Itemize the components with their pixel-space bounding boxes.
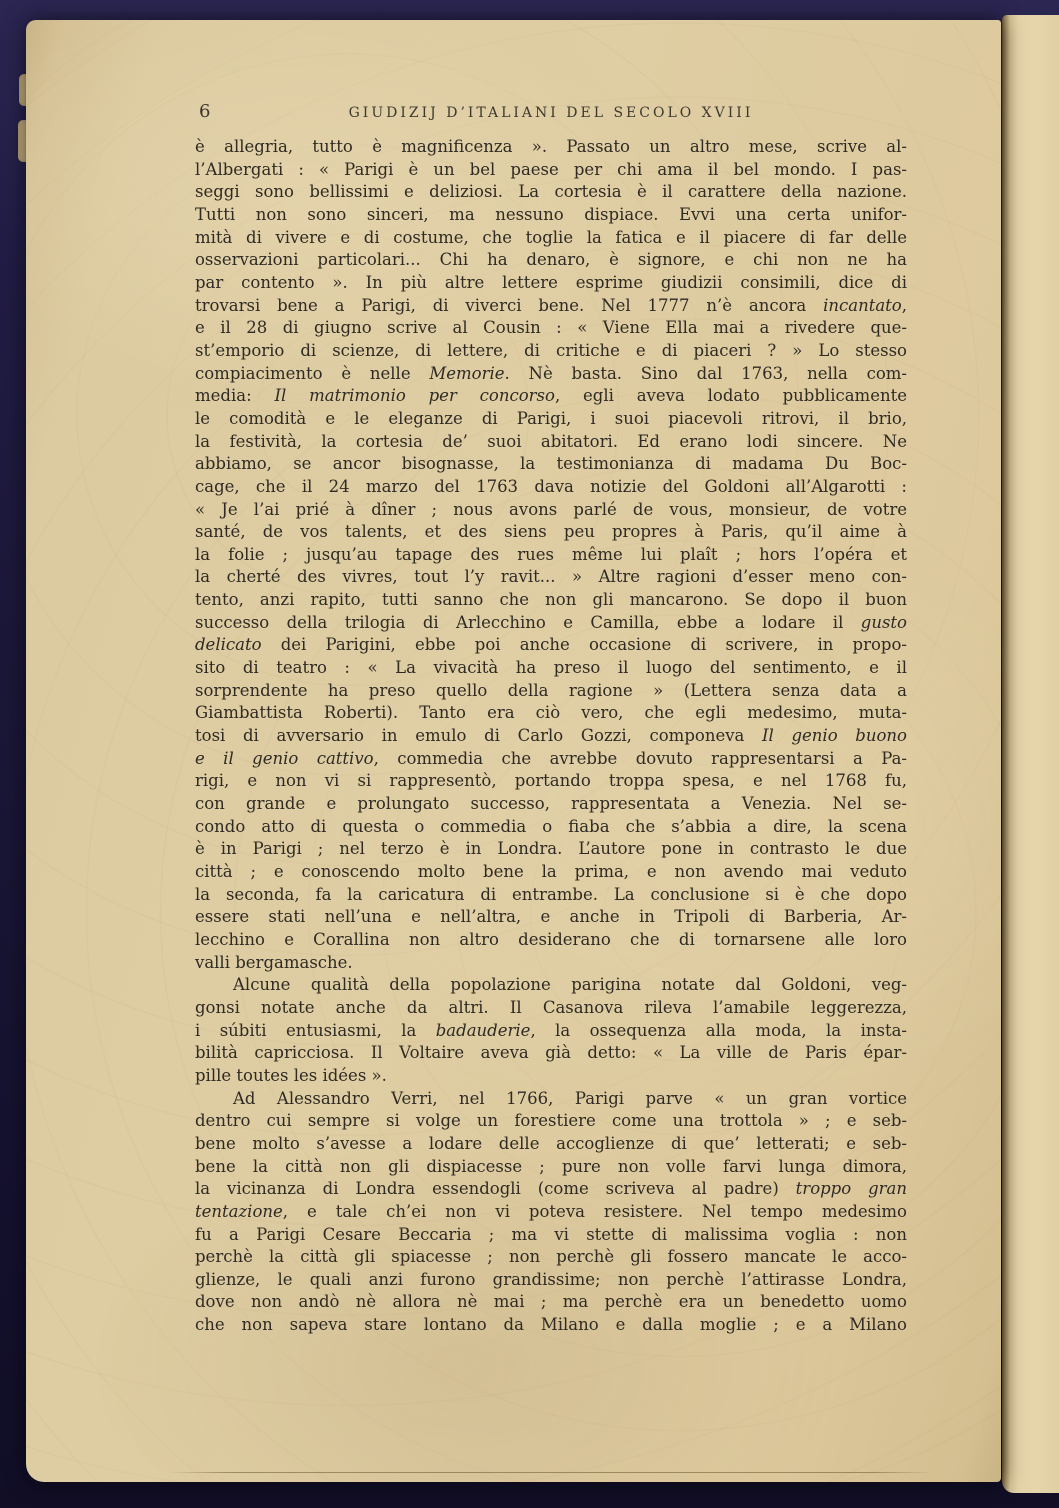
italic-text: e il genio cattivo bbox=[195, 749, 374, 768]
text-block: è allegria, tutto è magnificenza ». Pass… bbox=[195, 136, 907, 1337]
text-line: la seconda, fa la caricatura di entrambe… bbox=[195, 884, 907, 907]
text-line: glienze, le quali anzi furono grandissim… bbox=[195, 1269, 907, 1292]
text-line: i súbiti entusiasmi, la badauderie, la o… bbox=[195, 1020, 907, 1043]
paragraph: è allegria, tutto è magnificenza ». Pass… bbox=[195, 136, 907, 974]
text-line: è allegria, tutto è magnificenza ». Pass… bbox=[195, 136, 907, 159]
text-line: dentro cui sempre si volge un forestiere… bbox=[195, 1110, 907, 1133]
text-line: osservazioni particolari... Chi ha denar… bbox=[195, 249, 907, 272]
text-line: Alcune qualità della popolazione parigin… bbox=[195, 974, 907, 997]
italic-text: Memorie bbox=[429, 364, 504, 383]
text-line: lecchino e Corallina non altro desideran… bbox=[195, 929, 907, 952]
text-line: la cherté des vivres, tout l’y ravit... … bbox=[195, 566, 907, 589]
text-line: trovarsi bene a Parigi, di viverci bene.… bbox=[195, 295, 907, 318]
text-line: par contento ». In più altre lettere esp… bbox=[195, 272, 907, 295]
text-line: bene molto s’avesse a lodare delle accog… bbox=[195, 1133, 907, 1156]
text-line: e il 28 di giugno scrive al Cousin : « V… bbox=[195, 317, 907, 340]
text-line: delicato dei Parigini, ebbe poi anche oc… bbox=[195, 634, 907, 657]
text-line: pille toutes les idées ». bbox=[195, 1065, 907, 1088]
text-line: santé, de vos talents, et des siens peu … bbox=[195, 521, 907, 544]
text-line: la festività, la cortesia de’ suoi abita… bbox=[195, 431, 907, 454]
page-header: 6 GIUDIZIJ D’ITALIANI DEL SECOLO XVIII bbox=[195, 100, 907, 126]
page-number: 6 bbox=[199, 101, 210, 122]
text-line: tento, anzi rapito, tutti sanno che non … bbox=[195, 589, 907, 612]
italic-text: delicato bbox=[195, 635, 262, 654]
text-line: seggi sono bellissimi e deliziosi. La co… bbox=[195, 181, 907, 204]
text-line: successo della trilogia di Arlecchino e … bbox=[195, 612, 907, 635]
page-bottom-edge bbox=[168, 1472, 934, 1473]
text-line: la folie ; jusqu’au tapage des rues même… bbox=[195, 544, 907, 567]
italic-text: badauderie bbox=[436, 1021, 531, 1040]
text-line: è in Parigi ; nel terzo è in Londra. L’a… bbox=[195, 838, 907, 861]
text-line: tosi di avversario in emulo di Carlo Goz… bbox=[195, 725, 907, 748]
text-line: compiacimento è nelle Memorie. Nè basta.… bbox=[195, 363, 907, 386]
text-line: perchè la città gli spiacesse ; non perc… bbox=[195, 1246, 907, 1269]
text-line: le comodità e le eleganze di Parigi, i s… bbox=[195, 408, 907, 431]
text-line: valli bergamasche. bbox=[195, 952, 907, 975]
text-line: Giambattista Roberti). Tanto era ciò ver… bbox=[195, 702, 907, 725]
text-line: Tutti non sono sinceri, ma nessuno dispi… bbox=[195, 204, 907, 227]
text-line: bene la città non gli dispiacesse ; pure… bbox=[195, 1156, 907, 1179]
italic-text: Il genio buono bbox=[762, 726, 907, 745]
text-line: mità di vivere e di costume, che toglie … bbox=[195, 227, 907, 250]
text-line: tentazione, e tale ch’ei non vi poteva r… bbox=[195, 1201, 907, 1224]
text-line: sorprendente ha preso quello della ragio… bbox=[195, 680, 907, 703]
text-line: abbiamo, se ancor bisognasse, la testimo… bbox=[195, 453, 907, 476]
text-line: bilità capricciosa. Il Voltaire aveva gi… bbox=[195, 1042, 907, 1065]
text-line: l’Albergati : « Parigi è un bel paese pe… bbox=[195, 159, 907, 182]
text-line: e il genio cattivo, commedia che avrebbe… bbox=[195, 748, 907, 771]
paragraph: Alcune qualità della popolazione parigin… bbox=[195, 974, 907, 1087]
italic-text: Il matrimonio per concorso bbox=[274, 386, 554, 405]
running-header: GIUDIZIJ D’ITALIANI DEL SECOLO XVIII bbox=[195, 100, 907, 121]
text-line: st’emporio di scienze, di lettere, di cr… bbox=[195, 340, 907, 363]
text-line: rigi, e non vi si rappresentò, portando … bbox=[195, 770, 907, 793]
text-line: gonsi notate anche da altri. Il Casanova… bbox=[195, 997, 907, 1020]
text-line: cage, che il 24 marzo del 1763 dava noti… bbox=[195, 476, 907, 499]
text-line: media: Il matrimonio per concorso, egli … bbox=[195, 385, 907, 408]
paragraph: Ad Alessandro Verri, nel 1766, Parigi pa… bbox=[195, 1088, 907, 1337]
italic-text: incantato bbox=[823, 296, 902, 315]
text-line: con grande e prolungato successo, rappre… bbox=[195, 793, 907, 816]
text-line: fu a Parigi Cesare Beccaria ; ma vi stet… bbox=[195, 1224, 907, 1247]
next-page-edge bbox=[1002, 15, 1059, 1493]
text-line: dove non andò nè allora nè mai ; ma perc… bbox=[195, 1291, 907, 1314]
text-line: che non sapeva stare lontano da Milano e… bbox=[195, 1314, 907, 1337]
text-line: sito di teatro : « La vivacità ha preso … bbox=[195, 657, 907, 680]
italic-text: gusto bbox=[861, 613, 907, 632]
text-line: « Je l’ai prié à dîner ; nous avons parl… bbox=[195, 499, 907, 522]
italic-text: troppo gran bbox=[796, 1179, 907, 1198]
text-line: condo atto di questa o commedia o fiaba … bbox=[195, 816, 907, 839]
text-line: essere stati nell’una e nell’altra, e an… bbox=[195, 906, 907, 929]
text-line: la vicinanza di Londra essendogli (come … bbox=[195, 1178, 907, 1201]
italic-text: tentazione bbox=[195, 1202, 283, 1221]
book-page: 6 GIUDIZIJ D’ITALIANI DEL SECOLO XVIII è… bbox=[26, 20, 1001, 1482]
text-line: città ; e conoscendo molto bene la prima… bbox=[195, 861, 907, 884]
text-line: Ad Alessandro Verri, nel 1766, Parigi pa… bbox=[195, 1088, 907, 1111]
